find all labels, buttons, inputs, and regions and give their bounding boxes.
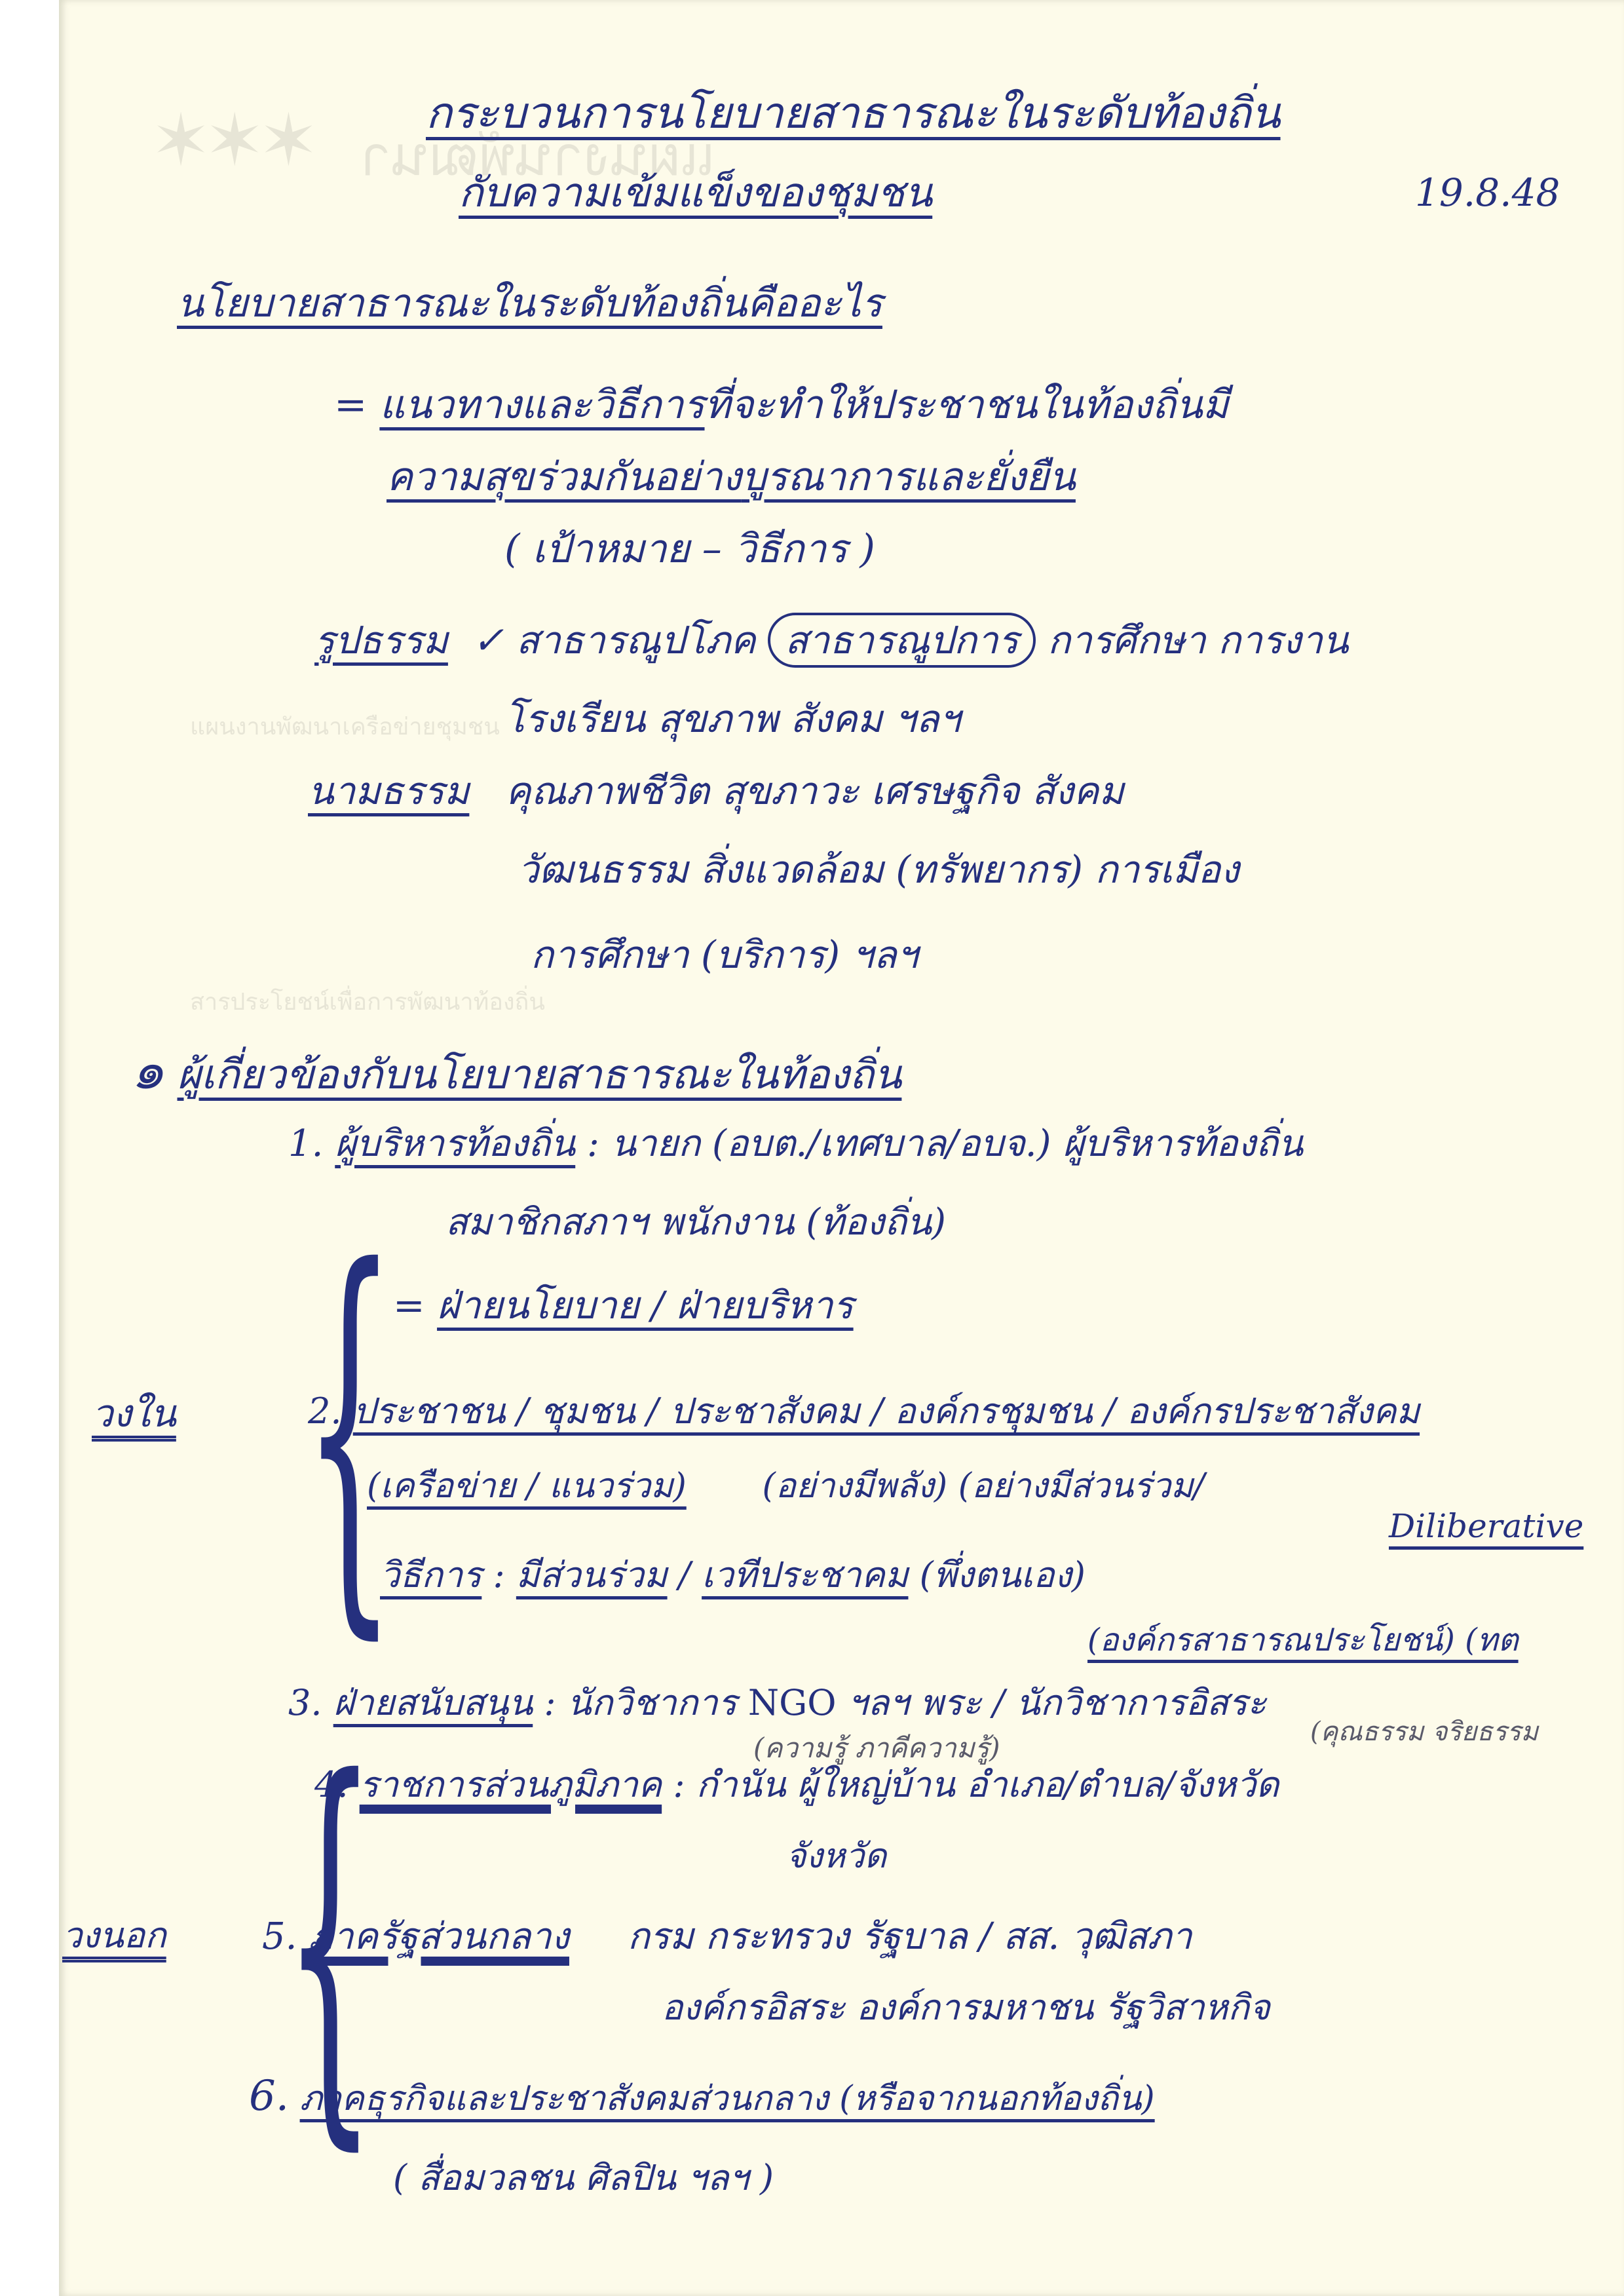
- ghost-line: สารประโยชน์เพื่อการพัฒนาท้องถิ่น: [190, 983, 545, 1020]
- ghost-logo-icon: ✶✶✶: [151, 98, 312, 182]
- definition-line-1: = แนวทางและวิธีการที่จะทำให้ประชาชนในท้อ…: [334, 373, 1228, 436]
- item-text: (พึ่งตนเอง): [920, 1554, 1086, 1596]
- circled-term: สาธารณูปการ: [768, 613, 1036, 668]
- method-label: วิธีการ: [380, 1554, 482, 1596]
- section-1-heading: ๑ ผู้เกี่ยวข้องกับนโยบายสาธารณะในท้องถิ่…: [131, 1029, 901, 1112]
- item-text: กำนัน ผู้ใหญ่บ้าน อำเภอ/ตำบล/จังหวัด: [696, 1764, 1279, 1805]
- item-text: ฝ่ายนโยบาย / ฝ่ายบริหาร: [437, 1283, 854, 1328]
- definition-heading: นโยบายสาธารณะในระดับท้องถิ่นคืออะไร: [177, 272, 882, 334]
- separator: :: [587, 1122, 599, 1165]
- definition-term-3: บูรณาการและยั่งยืน: [742, 454, 1076, 500]
- group-outer-label: วงนอก: [62, 1907, 166, 1963]
- item-text: นายก (อบต./เทศบาล/อบจ.) ผู้บริหารท้องถิ่…: [611, 1122, 1303, 1165]
- item-title: ประชาชน / ชุมชน / ประชาสังคม / องค์กรชุม…: [353, 1390, 1420, 1432]
- item-number: 1.: [288, 1122, 323, 1165]
- stakeholder-4: 4. ราชการส่วนภูมิภาค : กำนัน ผู้ใหญ่บ้าน…: [314, 1756, 1279, 1812]
- abstract-examples-line-3: การศึกษา (บริการ) ฯลฯ: [531, 924, 918, 985]
- stakeholder-3-sub-b: (คุณธรรม จริยธรรม: [1310, 1710, 1538, 1752]
- example-text: สาธารณูปโภค: [516, 618, 756, 662]
- ngo-label: NGO: [748, 1682, 837, 1723]
- example-text: การศึกษา การงาน: [1048, 618, 1348, 662]
- stakeholder-2-line-3: วิธีการ : มีส่วนร่วม / เวทีประชาคม (พึ่ง…: [380, 1546, 1086, 1603]
- equals-sign: =: [393, 1283, 425, 1328]
- ghost-line: แผนงานพัฒนาเครือข่ายชุมชน: [190, 708, 500, 745]
- section-title: ผู้เกี่ยวข้องกับนโยบายสาธารณะในท้องถิ่น: [178, 1050, 902, 1098]
- item-text: กรม กระทรวง รัฐบาล / สส. วุฒิสภา: [628, 1915, 1192, 1958]
- item-text: ฯลฯ พระ / นักวิชาการอิสระ: [848, 1682, 1266, 1723]
- stakeholder-6: 6. ภาคธุรกิจและประชาสังคมส่วนกลาง (หรือจ…: [249, 2071, 1155, 2125]
- item-number: 2.: [308, 1390, 342, 1432]
- definition-line-3: ( เป้าหมาย – วิธีการ ): [504, 518, 875, 580]
- stakeholder-1: 1. ผู้บริหารท้องถิ่น : นายก (อบต./เทศบาล…: [288, 1114, 1303, 1172]
- item-number: 6.: [249, 2072, 289, 2120]
- item-text: (อย่างมีพลัง) (อย่างมีส่วนร่วม/: [762, 1466, 1204, 1506]
- definition-term-2: ความสุขร่วมกันอย่าง: [387, 454, 742, 500]
- abstract-examples-line-2: วัฒนธรรม สิ่งแวดล้อม (ทรัพยากร) การเมือง: [518, 839, 1239, 900]
- title-line-2: กับความเข้มแข็งของชุมชน: [459, 161, 932, 225]
- stakeholder-2: 2. ประชาชน / ชุมชน / ประชาสังคม / องค์กร…: [308, 1383, 1420, 1439]
- separator: :: [493, 1554, 504, 1596]
- separator: :: [544, 1682, 556, 1723]
- group-inner-label: วงใน: [92, 1383, 176, 1444]
- date: 19.8.48: [1415, 170, 1560, 215]
- stakeholder-4-line-2: จังหวัด: [786, 1828, 886, 1883]
- stakeholder-5-line-2: องค์กรอิสระ องค์การมหาชน รัฐวิสาหกิจ: [662, 1979, 1270, 2035]
- definition-term: แนวทางและวิธีการ: [379, 382, 704, 428]
- item-number: 4.: [314, 1764, 349, 1805]
- item-text: เวทีประชาคม: [702, 1554, 908, 1596]
- stakeholder-3: 3. ฝ่ายสนับสนุน : นักวิชาการ NGO ฯลฯ พระ…: [288, 1674, 1266, 1731]
- stakeholder-2-line-4: (องค์กรสาธารณประโยชน์) (ทต: [1087, 1615, 1519, 1665]
- item-title: ภาครัฐส่วนกลาง: [309, 1915, 569, 1958]
- concrete-examples-line-2: โรงเรียน สุขภาพ สังคม ฯลฯ: [504, 688, 960, 749]
- abstract-examples: นามธรรม คุณภาพชีวิต สุขภาวะ เศรษฐกิจ สัง…: [308, 760, 1124, 821]
- title-line-1: กระบวนการนโยบายสาธารณะในระดับท้องถิ่น: [426, 79, 1281, 147]
- item-title: ราชการส่วนภูมิภาค: [360, 1764, 662, 1805]
- example-text: คุณภาพชีวิต สุขภาวะ เศรษฐกิจ สังคม: [506, 769, 1124, 813]
- definition-text: ที่จะทำให้ประชาชนในท้องถิ่นมี: [705, 382, 1229, 428]
- abstract-label: นามธรรม: [308, 769, 469, 813]
- concrete-examples: รูปธรรม ✓ สาธารณูปโภค สาธารณูปการ การศึก…: [314, 609, 1349, 670]
- stakeholder-6-line-2: ( สื่อมวลชน ศิลปิน ฯลฯ ): [393, 2149, 774, 2206]
- item-title: ภาคธุรกิจและประชาสังคมส่วนกลาง (หรือจากน…: [300, 2079, 1155, 2118]
- stakeholder-2-line-2: (เครือข่าย / แนวร่วม) (อย่างมีพลัง) (อย่…: [367, 1458, 1205, 1512]
- stakeholder-1-line-3: = ฝ่ายนโยบาย / ฝ่ายบริหาร: [393, 1274, 854, 1335]
- item-text: (เครือข่าย / แนวร่วม): [367, 1466, 687, 1506]
- separator: :: [673, 1764, 685, 1805]
- item-text: นักวิชาการ: [567, 1682, 737, 1723]
- item-text: มีส่วนร่วม: [516, 1554, 668, 1596]
- concrete-label: รูปธรรม: [314, 618, 448, 662]
- section-number: ๑: [131, 1040, 164, 1101]
- stakeholder-5: 5. ภาครัฐส่วนกลาง กรม กระทรวง รัฐบาล / ส…: [262, 1907, 1192, 1965]
- stakeholder-1-line-2: สมาชิกสภาฯ พนักงาน (ท้องถิ่น): [445, 1193, 946, 1251]
- definition-line-2: ความสุขร่วมกันอย่างบูรณาการและยั่งยืน: [387, 446, 1076, 508]
- item-title: ผู้บริหารท้องถิ่น: [335, 1122, 575, 1165]
- item-number: 5.: [262, 1915, 297, 1958]
- deliberative-note: Diliberative: [1389, 1507, 1583, 1545]
- equals-sign: =: [334, 382, 367, 428]
